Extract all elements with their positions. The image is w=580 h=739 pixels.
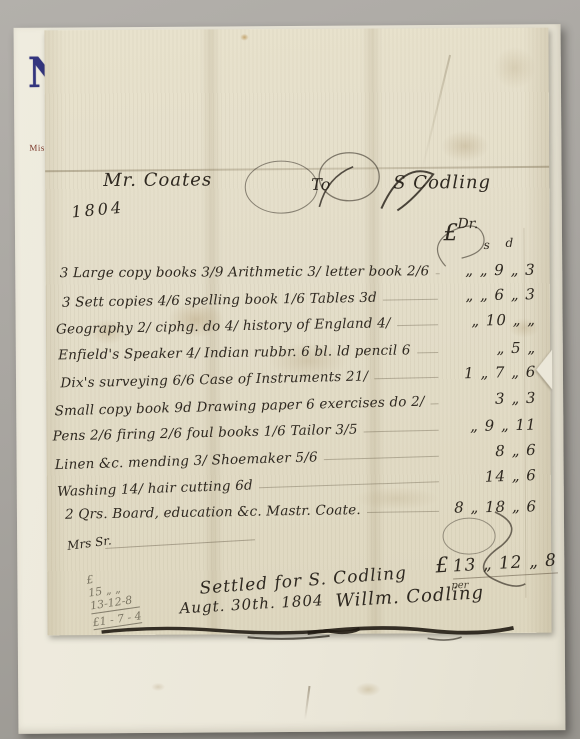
- shillings-header: s: [484, 238, 490, 252]
- edge-notch: [536, 350, 552, 390]
- bill-item-amount: 14 „ 6: [445, 466, 538, 487]
- total-amount: 13 „ 12 „ 8: [452, 550, 557, 579]
- currency-column-headers: £ s d: [443, 224, 533, 254]
- bill-item-rule: [435, 273, 439, 274]
- bill-item-rule: [397, 324, 438, 326]
- note-tail-stroke: [105, 539, 255, 549]
- pounds-header: £: [443, 220, 458, 246]
- bill-item-rule: [383, 298, 438, 300]
- bill-item-desc: 2 Qrs. Board, education &c. Mastr. Coate…: [65, 501, 361, 522]
- bill-item-rule: [324, 455, 439, 459]
- bill-to-word: To: [311, 175, 330, 194]
- bill-item-rule: [364, 429, 439, 432]
- bill-year: 1804: [71, 198, 125, 222]
- wrinkle-crease: [421, 55, 451, 172]
- manuscript-bill: Mr. Coates To S Codling Dr. 1804 £ s d 3…: [44, 28, 551, 636]
- margin-note: Mrs Sr.: [66, 533, 112, 553]
- paper-tear: [304, 686, 310, 720]
- bill-item-amount: „ 10 „ „: [444, 310, 536, 330]
- bill-item-rule: [374, 376, 438, 378]
- bill-item-rule: [417, 351, 439, 352]
- bill-payee: S Codling: [393, 172, 491, 194]
- pence-header: d: [506, 236, 514, 250]
- bill-items: 3 Large copy books 3/9 Arithmetic 3/ let…: [60, 252, 537, 519]
- bill-item-rule: [259, 481, 439, 488]
- bill-item-amount: 3 „ 3: [444, 388, 536, 408]
- bill-addressee: Mr. Coates: [103, 169, 212, 191]
- bill-item-rule: [431, 402, 439, 403]
- photograph-backdrop: N c. Misc Mr. Coates To S Codling Dr. 18…: [0, 0, 580, 739]
- signature-underline-flourish: [97, 616, 517, 644]
- total-currency: £: [435, 553, 450, 578]
